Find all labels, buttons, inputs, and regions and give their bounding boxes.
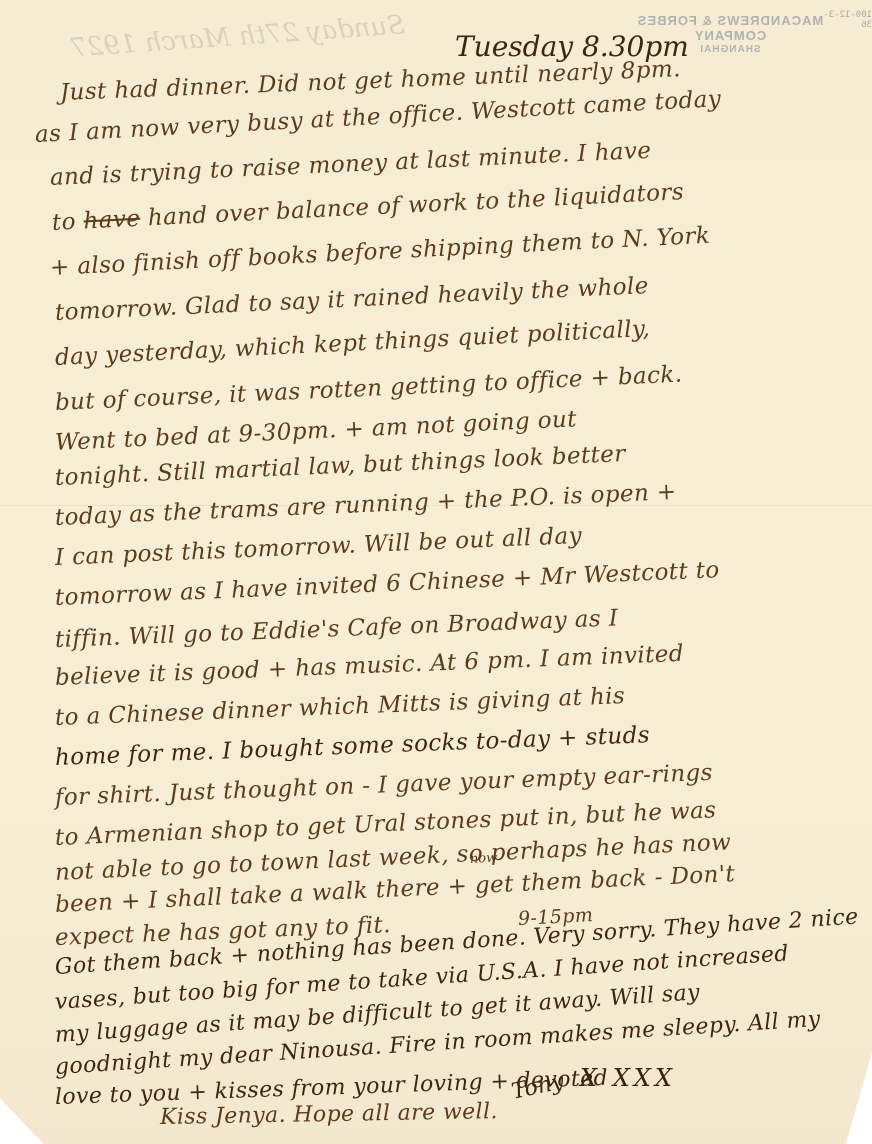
letter-line-8: but of course, it was rotten getting to … bbox=[54, 362, 683, 416]
letter-line-5: + also finish off books before shipping … bbox=[49, 223, 710, 281]
bleed-through-heading: Sunday 27th March 1927 bbox=[69, 10, 406, 63]
line-4-rest: hand over balance of work to the liquida… bbox=[147, 179, 684, 231]
postscript: Kiss Jenya. Hope all are well. bbox=[160, 1099, 498, 1130]
letter-line-7: day yesterday, which kept things quiet p… bbox=[54, 316, 650, 371]
caret-insert: now bbox=[470, 851, 498, 867]
letter-line-12: I can post this tomorrow. Will be out al… bbox=[54, 523, 582, 571]
struck-word: have bbox=[83, 206, 141, 235]
letter-line-17: home for me. I bought some socks to-day … bbox=[55, 722, 651, 771]
letter-line-6: tomorrow. Glad to say it rained heavily … bbox=[54, 273, 649, 326]
kisses-marks: X XXX bbox=[580, 1064, 676, 1092]
letter-line-3: and is trying to raise money at last min… bbox=[49, 138, 651, 191]
line-4-prefix: to bbox=[51, 209, 76, 236]
letter-line-4: to have hand over balance of work to the… bbox=[51, 179, 684, 236]
letter-page: 100-12-3-36 MACANDREWS & FORBES COMPANY … bbox=[0, 0, 872, 1144]
letter-line-16: to a Chinese dinner which Mitts is givin… bbox=[55, 683, 626, 731]
